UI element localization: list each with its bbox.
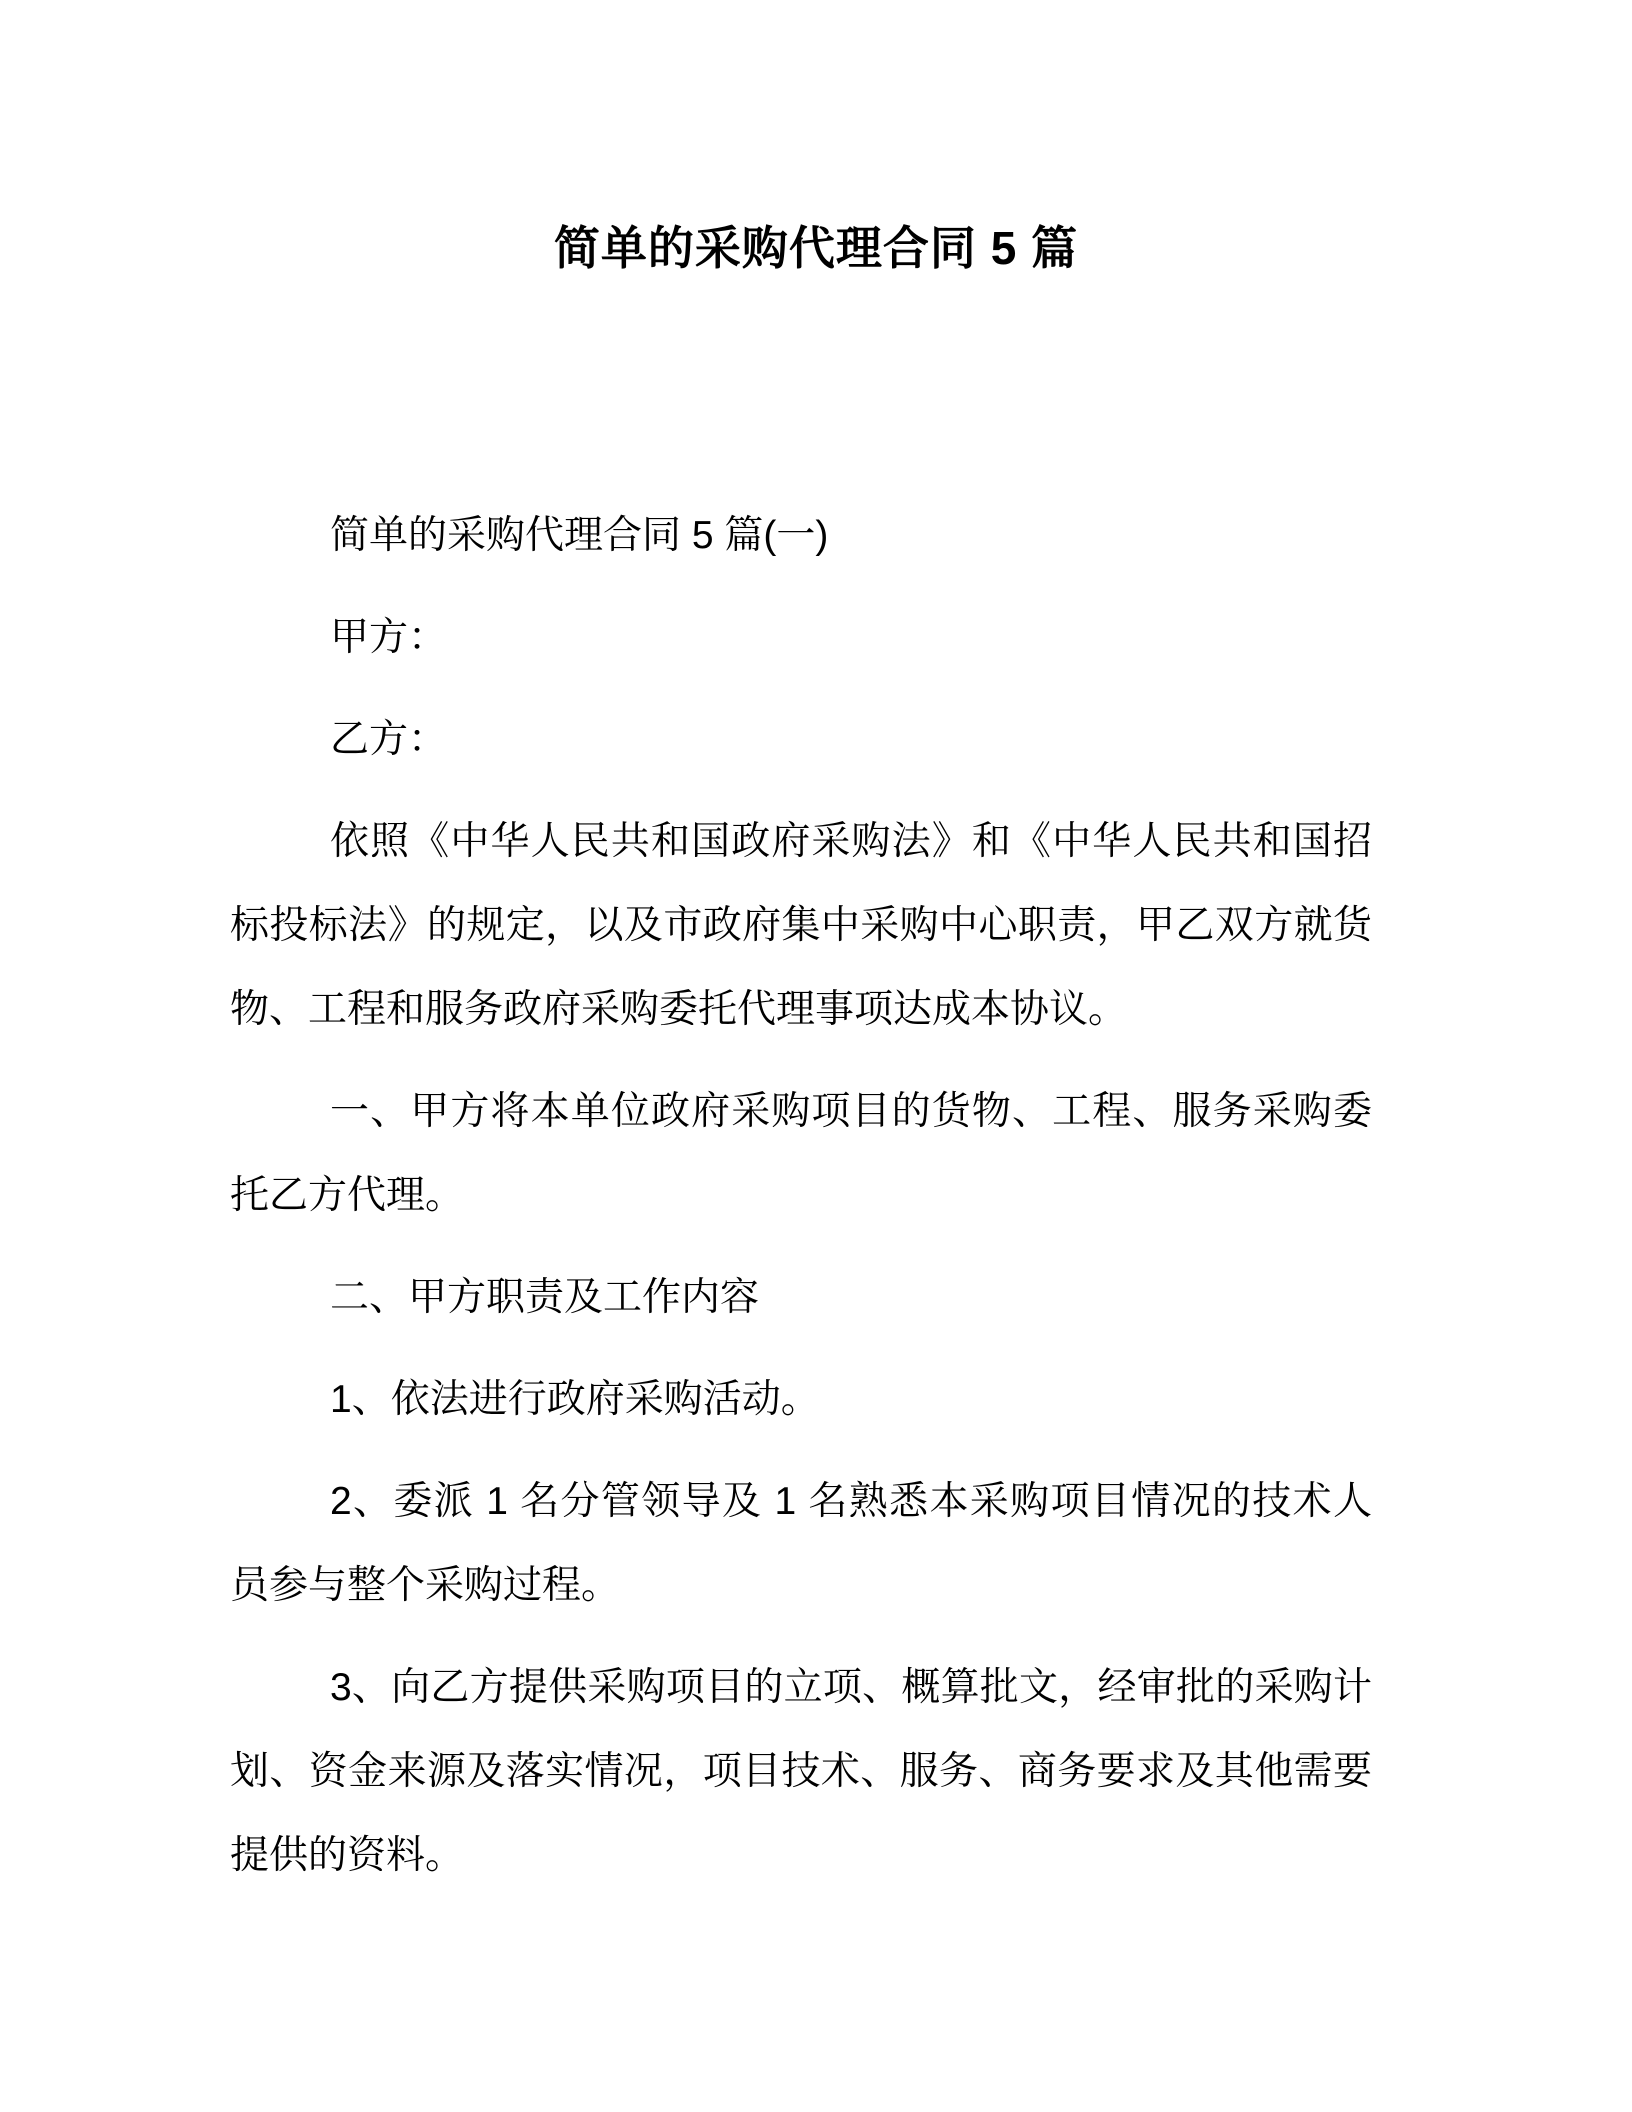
document-page: 简单的采购代理合同 5 篇 简单的采购代理合同 5 篇(一) 甲方： 乙方： 依…: [0, 0, 1632, 2112]
paragraph-clause-2-item-1: 1、依法进行政府采购活动。: [230, 1358, 1372, 1442]
paragraph-section-heading-1: 简单的采购代理合同 5 篇(一): [230, 494, 1372, 578]
document-title: 简单的采购代理合同 5 篇: [0, 220, 1632, 276]
paragraph-clause-2-item-3: 3、向乙方提供采购项目的立项、概算批文，经审批的采购计划、资金来源及落实情况，项…: [230, 1646, 1372, 1898]
paragraph-clause-2-heading: 二、甲方职责及工作内容: [230, 1256, 1372, 1340]
paragraph-party-b: 乙方：: [230, 698, 1372, 782]
paragraph-party-a: 甲方：: [230, 596, 1372, 680]
paragraph-preamble: 依照《中华人民共和国政府采购法》和《中华人民共和国招标投标法》的规定，以及市政府…: [230, 800, 1372, 1052]
document-body: 简单的采购代理合同 5 篇(一) 甲方： 乙方： 依照《中华人民共和国政府采购法…: [230, 494, 1372, 1898]
paragraph-clause-1: 一、甲方将本单位政府采购项目的货物、工程、服务采购委托乙方代理。: [230, 1070, 1372, 1238]
paragraph-clause-2-item-2: 2、委派 1 名分管领导及 1 名熟悉本采购项目情况的技术人员参与整个采购过程。: [230, 1460, 1372, 1628]
